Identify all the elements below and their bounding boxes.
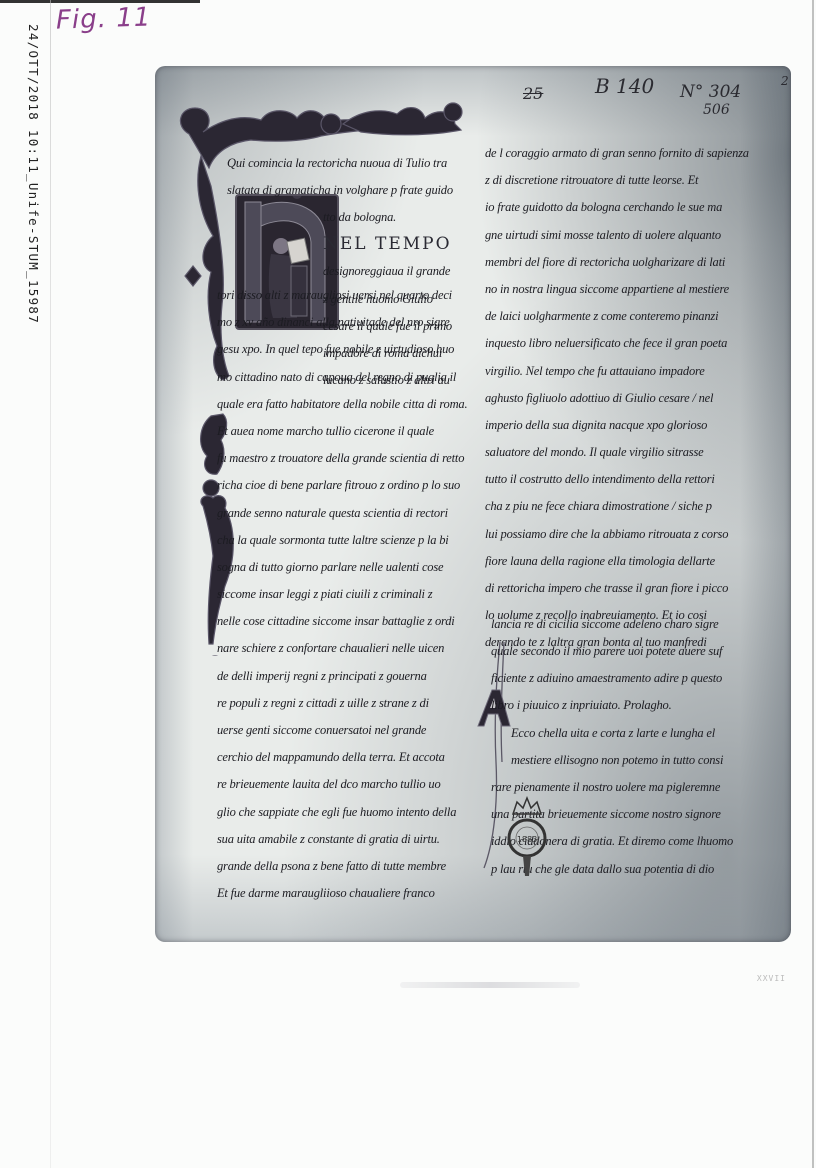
text-line: lui possiamo dire che la abbiamo ritroua… <box>485 521 749 548</box>
text-line: fu maestro z trouatore della grande scie… <box>217 445 467 472</box>
shelfmark-corrected-number: 506 <box>703 102 730 118</box>
scan-bleed-through <box>400 982 580 988</box>
text-line: nelle cose cittadine siccome insar batta… <box>217 608 467 635</box>
scan-top-edge <box>0 0 200 3</box>
incipit-heading: NEL TEMPO <box>323 231 452 258</box>
text-line: gesu xpo. In quel tepo fue nobile z uirt… <box>217 336 467 363</box>
text-line: lancia re di cicilia siccome adeleno cha… <box>491 611 719 638</box>
text-line: virgilio. Nel tempo che fu attauiano imp… <box>485 358 749 385</box>
text-line: di rettoricha impero che trasse il gran … <box>485 575 749 602</box>
text-line: re populi z regni z cittadi z uille z st… <box>217 690 467 717</box>
text-line: grande senno naturale questa scientia di… <box>217 500 467 527</box>
text-line: cha z piu ne fece chiara dimostratione /… <box>485 493 749 520</box>
text-line: fiore launa della ragione ella timologia… <box>485 548 749 575</box>
text-line: imperio della sua dignita nacque xpo glo… <box>485 412 749 439</box>
faint-margin-note: XXVII <box>757 974 786 983</box>
shelfmark-b-number: B 140 <box>595 74 654 98</box>
text-line: tutto il costrutto dello intendimento de… <box>485 466 749 493</box>
text-line: glio che sappiate che egli fue huomo int… <box>217 799 467 826</box>
text-line: tto da bologna. <box>323 204 452 231</box>
text-line: richa cioe di bene parlare fitrouo z ord… <box>217 472 467 499</box>
text-line: gne uirtudi simi mosse talento di uolere… <box>485 222 749 249</box>
text-line: Et fue darme maraugliioso chaualiere fra… <box>217 880 467 907</box>
text-line: aghusto figliuolo adottiuo di Giulio ces… <box>485 385 749 412</box>
shelfmark-number: N° 304 <box>680 82 741 102</box>
text-line: cerchio del mappamundo della terra. Et a… <box>217 744 467 771</box>
text-line: ficiente z adiuino amaestramento adire p… <box>491 665 733 692</box>
library-crown-stamp-icon: 1883 <box>505 796 549 886</box>
page-mark: 2 <box>781 74 789 88</box>
scan-fold-line <box>50 0 51 1168</box>
text-line: inquesto libro neluersificato che fece i… <box>485 330 749 357</box>
text-line: no in nostra lingua siccome appartiene a… <box>485 276 749 303</box>
text-line: de laici uolgharmente z come conteremo p… <box>485 303 749 330</box>
text-line: mo z xv año dinanci alla natiuitade del … <box>217 309 467 336</box>
text-line: de delli imperij regni z principati z go… <box>217 663 467 690</box>
text-line: uerse genti siccome conuersatoi nel gran… <box>217 717 467 744</box>
rubric-line: Qui comincia la rectoricha nuoua di Tuli… <box>227 150 473 177</box>
right-column-lower: lancia re di cicilia siccome adeleno cha… <box>491 611 719 638</box>
text-line: Et auea nome marcho tullio cicerone il q… <box>217 418 467 445</box>
rubric-line: slatata di gramaticha in volghare p frat… <box>227 177 473 204</box>
scan-timestamp-stamp: 24/OTT/2018 10:11_Unife-STUM_15987 <box>26 24 41 324</box>
left-column-body: tori disso alti z maraugliosi uersi nel … <box>217 282 467 907</box>
shelfmark-crossed: 25 <box>523 84 543 103</box>
text-line: mestiere ellisogno non potemo in tutto c… <box>491 747 733 774</box>
text-line: Ecco chella uita e corta z larte e lungh… <box>491 720 733 747</box>
text-line: quale era fatto habitatore della nobile … <box>217 391 467 418</box>
figure-label: Fig. 11 <box>56 2 152 35</box>
text-line: io frate guidotto da bologna cerchando l… <box>485 194 749 221</box>
text-line: membri del fiore di rectoricha uolghariz… <box>485 249 749 276</box>
text-line: saluatore del mondo. Il quale virgilio s… <box>485 439 749 466</box>
text-line: mo cittadino nato di capoua del regno di… <box>217 364 467 391</box>
text-line: grande della psona z bene fatto di tutte… <box>217 853 467 880</box>
text-line: quale secondo il mio parere uoi potete a… <box>491 638 733 665</box>
text-line: tori disso alti z maraugliosi uersi nel … <box>217 282 467 309</box>
text-line: re brieuemente lauita del dco marcho tul… <box>217 771 467 798</box>
scan-right-edge <box>812 0 814 1168</box>
text-line: siccome insar leggi z piati ciuili z cri… <box>217 581 467 608</box>
right-column-text: de l coraggio armato di gran senno forni… <box>485 140 749 657</box>
text-line: cha la quale sormonta tutte laltre scien… <box>217 527 467 554</box>
manuscript-folio: 25 B 140 N° 304 506 2 <box>155 66 791 942</box>
text-line: de l coraggio armato di gran senno forni… <box>485 140 749 167</box>
text-line: libro i piuuico z inpriuiato. Prolagho. <box>491 692 733 719</box>
text-line: nare schiere z confortare chaualieri nel… <box>217 635 467 662</box>
text-line: z di discretione ritrouatore di tutte le… <box>485 167 749 194</box>
text-line: sua uita amabile z constante di gratia d… <box>217 826 467 853</box>
text-line: sogna di tutto giorno parlare nelle uale… <box>217 554 467 581</box>
stamp-year: 1883 <box>517 835 537 844</box>
left-column-rubric: Qui comincia la rectoricha nuoua di Tuli… <box>227 150 473 204</box>
